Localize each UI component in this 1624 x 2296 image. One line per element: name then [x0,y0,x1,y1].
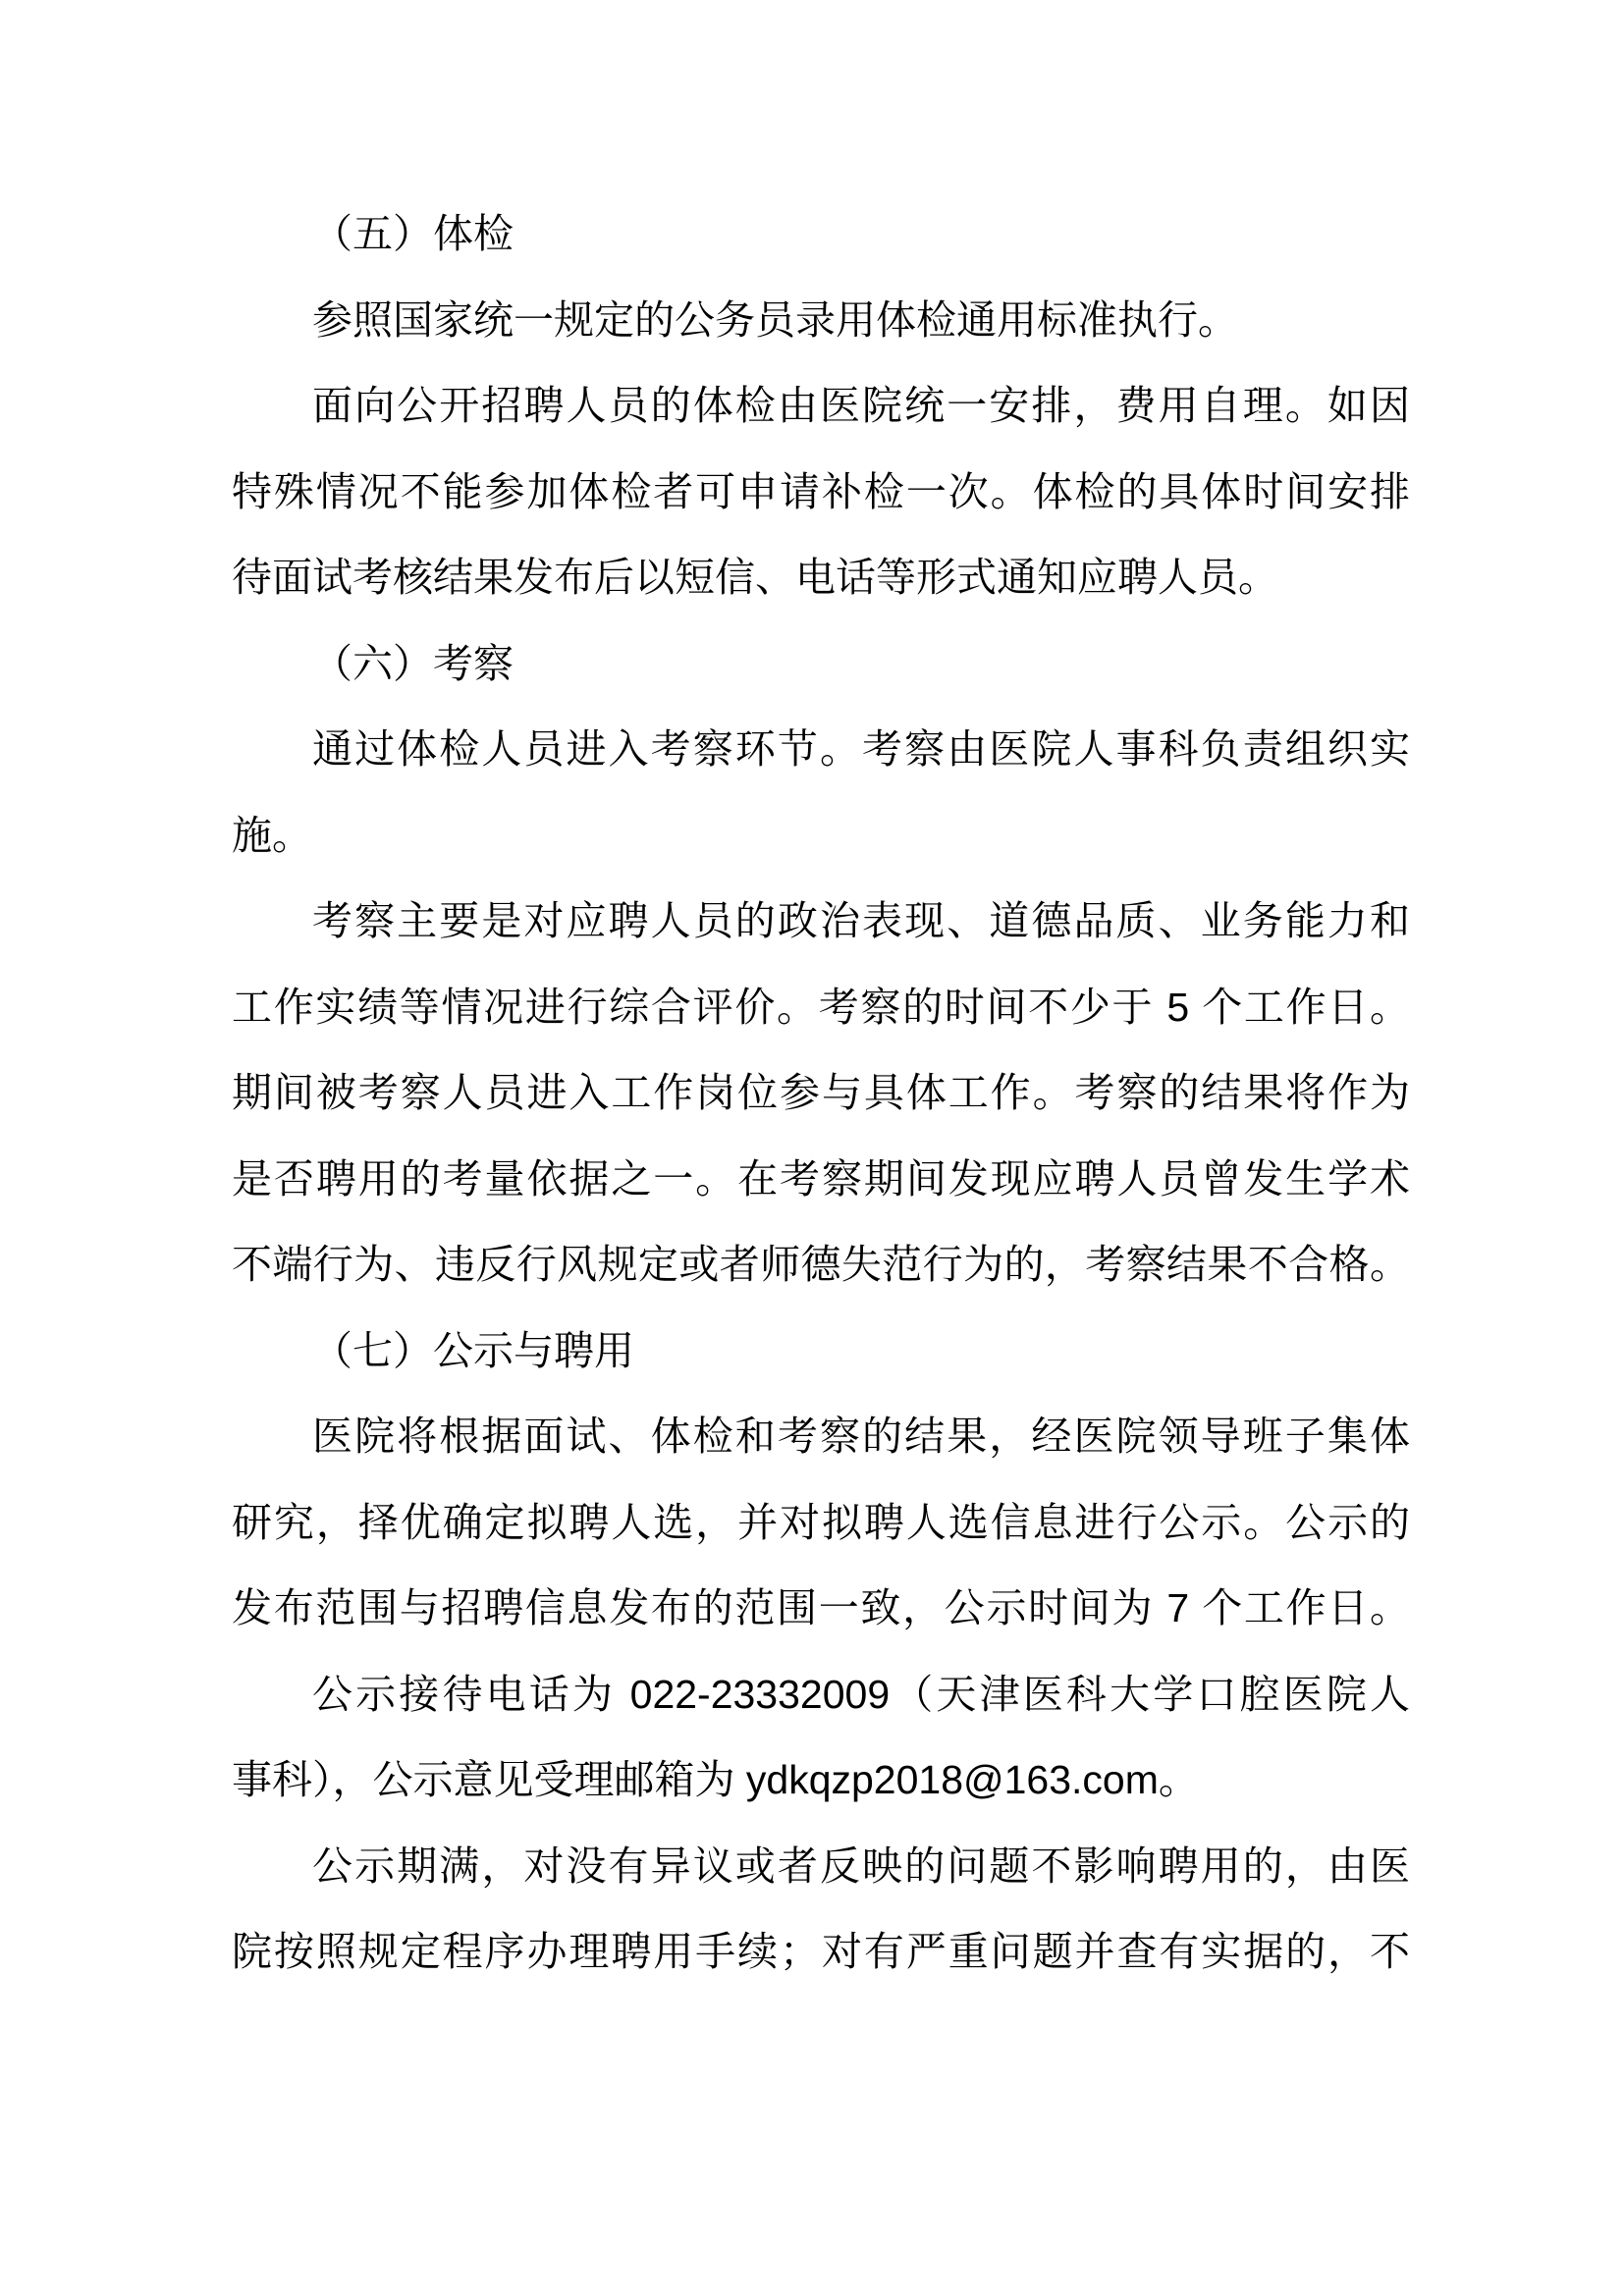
text-line: 医院将根据面试、体检和考察的结果，经医院领导班子集体 [232,1394,1410,1480]
text-line: 待面试考核结果发布后以短信、电话等形式通知应聘人员。 [232,535,1410,621]
text-line: 面向公开招聘人员的体检由医院统一安排，费用自理。如因 [232,363,1410,450]
document-text-block: （五）体检参照国家统一规定的公务员录用体检通用标准执行。面向公开招聘人员的体检由… [232,191,1410,1996]
text-line: 公示期满，对没有异议或者反映的问题不影响聘用的，由医 [232,1824,1410,1910]
text-line: 工作实绩等情况进行综合评价。考察的时间不少于 5 个工作日。 [232,965,1410,1051]
text-line: 考察主要是对应聘人员的政治表现、道德品质、业务能力和 [232,879,1410,965]
text-line: 通过体检人员进入考察环节。考察由医院人事科负责组织实 [232,707,1410,793]
text-line: 特殊情况不能参加体检者可申请补检一次。体检的具体时间安排 [232,450,1410,536]
text-line: 不端行为、违反行风规定或者师德失范行为的，考察结果不合格。 [232,1222,1410,1308]
text-line: 事科），公示意见受理邮箱为 ydkqzp2018@163.com。 [232,1737,1410,1824]
text-line: 施。 [232,793,1410,880]
text-line: 期间被考察人员进入工作岗位参与具体工作。考察的结果将作为 [232,1050,1410,1137]
section-heading: （七）公示与聘用 [232,1308,1410,1395]
text-line: 研究，择优确定拟聘人选，并对拟聘人选信息进行公示。公示的 [232,1480,1410,1567]
section-heading: （六）考察 [232,621,1410,708]
section-heading: （五）体检 [232,191,1410,278]
text-line: 公示接待电话为 022-23332009（天津医科大学口腔医院人 [232,1652,1410,1738]
text-line: 参照国家统一规定的公务员录用体检通用标准执行。 [232,278,1410,364]
document-page: （五）体检参照国家统一规定的公务员录用体检通用标准执行。面向公开招聘人员的体检由… [0,0,1624,2296]
text-line: 发布范围与招聘信息发布的范围一致，公示时间为 7 个工作日。 [232,1566,1410,1652]
text-line: 院按照规定程序办理聘用手续；对有严重问题并查有实据的，不 [232,1909,1410,1996]
text-line: 是否聘用的考量依据之一。在考察期间发现应聘人员曾发生学术 [232,1137,1410,1223]
